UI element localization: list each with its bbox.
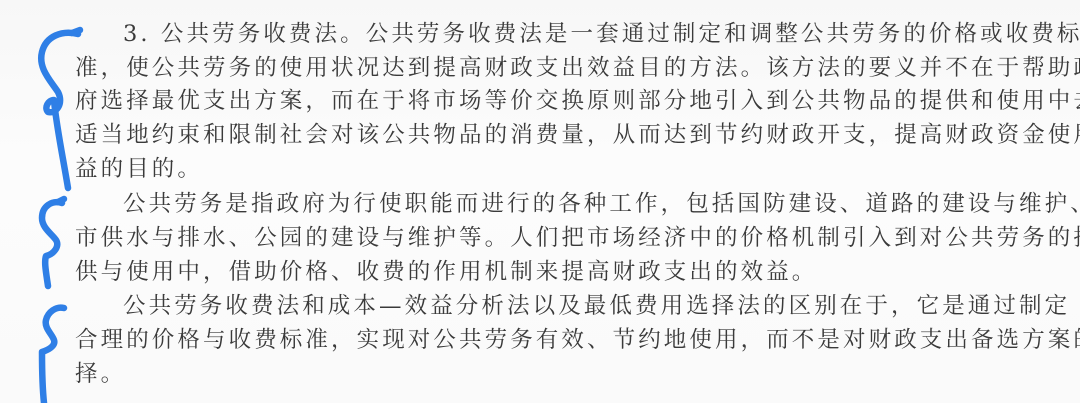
paragraph-2-line-1: 公共劳务是指政府为行使职能而进行的各种工作，包括国防建设、道路的建设与维护、城 [123,187,1050,221]
paragraph-1-line-2: 准，使公共劳务的使用状况达到提高财政支出效益目的方法。该方法的要义并不在于帮助政 [75,51,1050,85]
bracket-mark-1-icon [41,33,78,188]
paragraph-1-line-1: 3. 公共劳务收费法。公共劳务收费法是一套通过制定和调整公共劳务的价格或收费标 [123,17,1050,51]
paragraph-3-line-3: 择。 [75,357,1050,391]
paragraph-1-line-3: 府选择最优支出方案，而在于将市场等价交换原则部分地引入到公共物品的提供和使用中去… [75,84,1050,118]
paragraph-3-line-2: 合理的价格与收费标准，实现对公共劳务有效、节约地使用，而不是对财政支出备选方案的… [75,323,1050,357]
paragraph-1-line-5: 益的目的。 [75,152,1050,186]
bracket-mark-3-icon [42,308,64,403]
paragraph-2-line-2: 市供水与排水、公园的建设与维护等。人们把市场经济中的价格机制引入到对公共劳务的提 [75,221,1050,255]
bracket-mark-2-icon [42,202,62,286]
paragraph-2-line-3: 供与使用中，借助价格、收费的作用机制来提高财政支出的效益。 [75,255,1050,289]
paragraph-3-line-1: 公共劳务收费法和成本—效益分析法以及最低费用选择法的区别在于，它是通过制定 [123,289,1050,323]
scanned-page: 3. 公共劳务收费法。公共劳务收费法是一套通过制定和调整公共劳务的价格或收费标 … [0,0,1080,403]
paragraph-1-line-4: 适当地约束和限制社会对该公共物品的消费量，从而达到节约财政开支，提高财政资金使用… [75,118,1050,152]
